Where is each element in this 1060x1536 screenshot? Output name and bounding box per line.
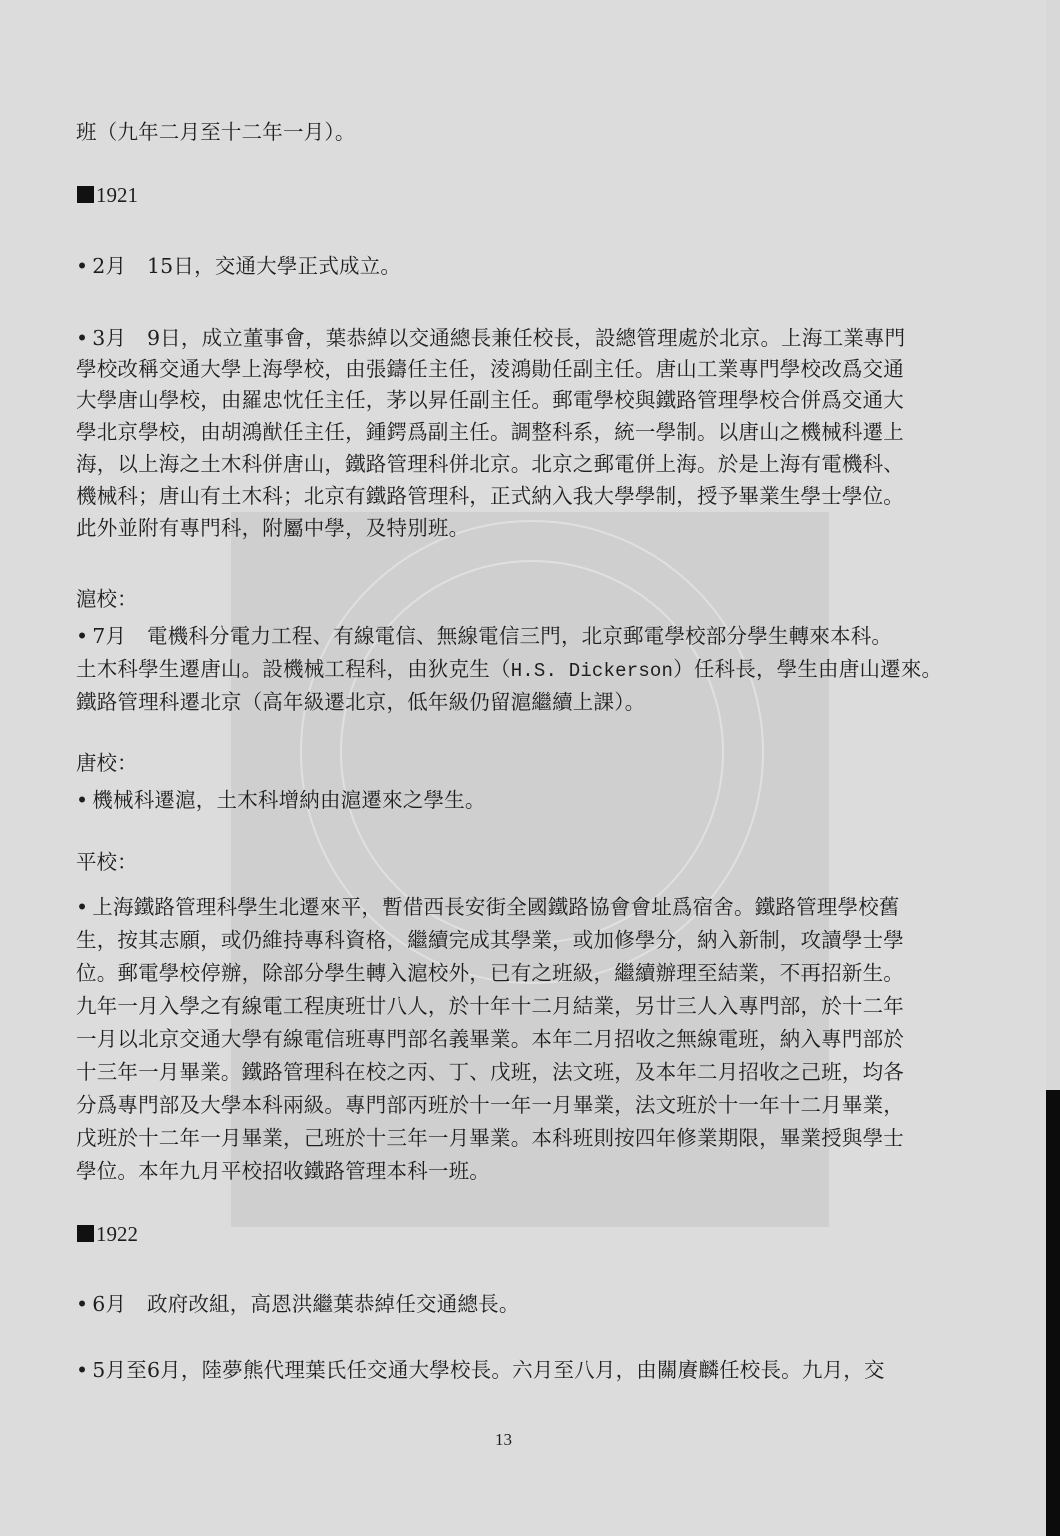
- entry-mar-9-line-7: 此外並附有專門科，附屬中學，及特別班。: [76, 514, 469, 542]
- bullet-icon: •: [76, 1290, 88, 1318]
- entry-mar-9-line-2: 學校改稱交通大學上海學校，由張鑄任主任，淩鴻勛任副主任。唐山工業專門學校改爲交通: [76, 355, 904, 383]
- peiping-line-1: •上海鐵路管理科學生北遷來平，暫借西長安街全國鐵路協會會址爲宿舍。鐵路管理學校舊: [76, 893, 900, 921]
- bullet-icon: •: [76, 1356, 88, 1384]
- bullet-icon: •: [76, 252, 88, 280]
- scan-edge-shadow: [1046, 1090, 1060, 1536]
- black-square-icon: [77, 186, 94, 203]
- peiping-line-7: 分爲專門部及大學本科兩級。專門部丙班於十一年一月畢業，法文班於十一年十二月畢業，: [76, 1091, 904, 1119]
- campus-label-peiping: 平校：: [76, 848, 138, 876]
- entry-mar-9-line-6: 機械科；唐山有土木科；北京有鐵路管理科，正式納入我大學學制，授予畢業生學士學位。: [76, 482, 904, 510]
- peiping-line-8: 戊班於十二年一月畢業，己班於十三年一月畢業。本科班則按四年修業期限，畢業授與學士: [76, 1124, 904, 1152]
- continuation-line: 班（九年二月至十二年一月）。: [76, 118, 356, 146]
- entry-mar-9-line-5: 海，以上海之土木科併唐山，鐵路管理科併北京。北京之郵電併上海。於是上海有電機科、: [76, 450, 904, 478]
- bullet-icon: •: [76, 324, 88, 352]
- peiping-line-5: 一月以北京交通大學有線電信班專門部名義畢業。本年二月招收之無線電班，納入專門部於: [76, 1025, 904, 1053]
- bullet-icon: •: [76, 893, 88, 921]
- year-heading-1921: 1921: [77, 181, 138, 209]
- page-edge: [1046, 0, 1060, 1090]
- shanghai-line-2: 土木科學生遷唐山。設機械工程科，由狄克生（H.S. Dickerson）任科長，…: [76, 655, 942, 685]
- campus-label-shanghai: 滬校：: [76, 585, 138, 613]
- embossed-seal-inner-ring: [340, 560, 724, 944]
- peiping-line-2: 生，按其志願，或仍維持專科資格，繼續完成其學業，或加修學分，納入新制，攻讀學士學: [76, 926, 904, 954]
- tangshan-line-1: •機械科遷滬，土木科增納由滬遷來之學生。: [76, 786, 486, 814]
- entry-mar-9-line-1: •3月 9日，成立董事會，葉恭綽以交通總長兼任校長，設總管理處於北京。上海工業專…: [76, 324, 905, 352]
- entry-mar-9-line-3: 大學唐山學校，由羅忠忱任主任，茅以昇任副主任。郵電學校與鐵路管理學校合併爲交通大: [76, 386, 904, 414]
- scanned-page: 班（九年二月至十二年一月）。 1921 •2月 15日，交通大學正式成立。 •3…: [0, 0, 1046, 1536]
- campus-label-tangshan: 唐校：: [76, 749, 138, 777]
- entry-mar-9-line-4: 學北京學校，由胡鴻猷任主任，鍾鍔爲副主任。調整科系，統一學制。以唐山之機械科遷上: [76, 418, 904, 446]
- page-number: 13: [495, 1430, 512, 1450]
- entry-may-jun-1922: •5月至6月，陸夢熊代理葉氏任交通大學校長。六月至八月，由關賡麟任校長。九月，交: [76, 1356, 885, 1384]
- bullet-icon: •: [76, 786, 88, 814]
- entry-jun-1922: •6月 政府改組，高恩洪繼葉恭綽任交通總長。: [76, 1290, 520, 1318]
- peiping-line-4: 九年一月入學之有線電工程庚班廿八人，於十年十二月結業，另廿三人入專門部，於十二年: [76, 992, 904, 1020]
- entry-feb-15: •2月 15日，交通大學正式成立。: [76, 252, 401, 280]
- shanghai-line-1: •7月 電機科分電力工程、有線電信、無線電信三門，北京郵電學校部分學生轉來本科。: [76, 622, 892, 650]
- bullet-icon: •: [76, 622, 88, 650]
- peiping-line-6: 十三年一月畢業。鐵路管理科在校之丙、丁、戊班，法文班，及本年二月招收之己班，均各: [76, 1058, 904, 1086]
- peiping-line-9: 學位。本年九月平校招收鐵路管理本科一班。: [76, 1157, 490, 1185]
- peiping-line-3: 位。郵電學校停辦，除部分學生轉入滬校外，已有之班級，繼續辦理至結業，不再招新生。: [76, 959, 904, 987]
- shanghai-line-3: 鐵路管理科遷北京（高年級遷北京，低年級仍留滬繼續上課）。: [76, 688, 645, 716]
- year-heading-1922: 1922: [77, 1220, 138, 1248]
- black-square-icon: [77, 1225, 94, 1242]
